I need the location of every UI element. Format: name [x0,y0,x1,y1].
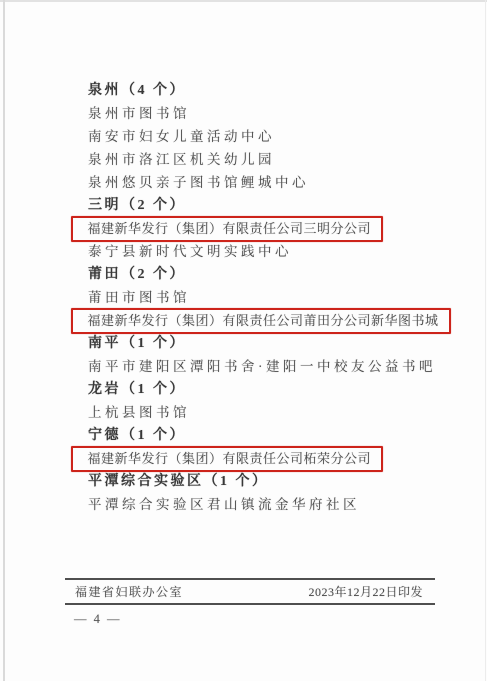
scan-edge-top [0,0,487,2]
section-heading: 莆田（2 个） [0,263,487,286]
red-highlight-box: 福建新华发行（集团）有限责任公司三明分公司 [71,216,384,242]
print-date-label: 2023年12月22日印发 [308,581,435,603]
list-item: 福建新华发行（集团）有限责任公司莆田分公司新华图书城 [0,309,487,332]
footer-separator-top [65,578,435,580]
list-item: 南平市建阳区潭阳书舍·建阳一中校友公益书吧 [0,355,487,378]
list-item: 平潭综合实验区君山镇流金华府社区 [0,493,487,516]
section-heading: 平潭综合实验区（1 个） [0,470,487,493]
footer-row: 福建省妇联办公室 2023年12月22日印发 [65,581,435,603]
scanned-document-page: 泉州（4 个）泉州市图书馆南安市妇女儿童活动中心泉州市洛江区机关幼儿园泉州悠贝亲… [0,0,487,681]
section-heading: 宁德（1 个） [0,424,487,447]
list-item: 莆田市图书馆 [0,286,487,309]
section-heading: 泉州（4 个） [0,79,487,102]
list-item: 福建新华发行（集团）有限责任公司柘荣分公司 [0,447,487,470]
list-item: 泰宁县新时代文明实践中心 [0,240,487,263]
red-highlight-box: 福建新华发行（集团）有限责任公司莆田分公司新华图书城 [71,308,451,334]
list-item: 南安市妇女儿童活动中心 [0,125,487,148]
footer-separator-bottom [65,603,435,605]
list-item: 泉州市图书馆 [0,102,487,125]
list-item: 泉州悠贝亲子图书馆鲤城中心 [0,171,487,194]
page-number: — 4 — [74,612,122,627]
list-item: 福建新华发行（集团）有限责任公司三明分公司 [0,217,487,240]
section-heading: 龙岩（1 个） [0,378,487,401]
issuing-office-label: 福建省妇联办公室 [65,581,183,603]
list-item: 上杭县图书馆 [0,401,487,424]
list-item: 泉州市洛江区机关幼儿园 [0,148,487,171]
section-heading: 三明（2 个） [0,194,487,217]
document-body: 泉州（4 个）泉州市图书馆南安市妇女儿童活动中心泉州市洛江区机关幼儿园泉州悠贝亲… [0,79,487,516]
red-highlight-box: 福建新华发行（集团）有限责任公司柘荣分公司 [71,446,384,472]
section-heading: 南平（1 个） [0,332,487,355]
